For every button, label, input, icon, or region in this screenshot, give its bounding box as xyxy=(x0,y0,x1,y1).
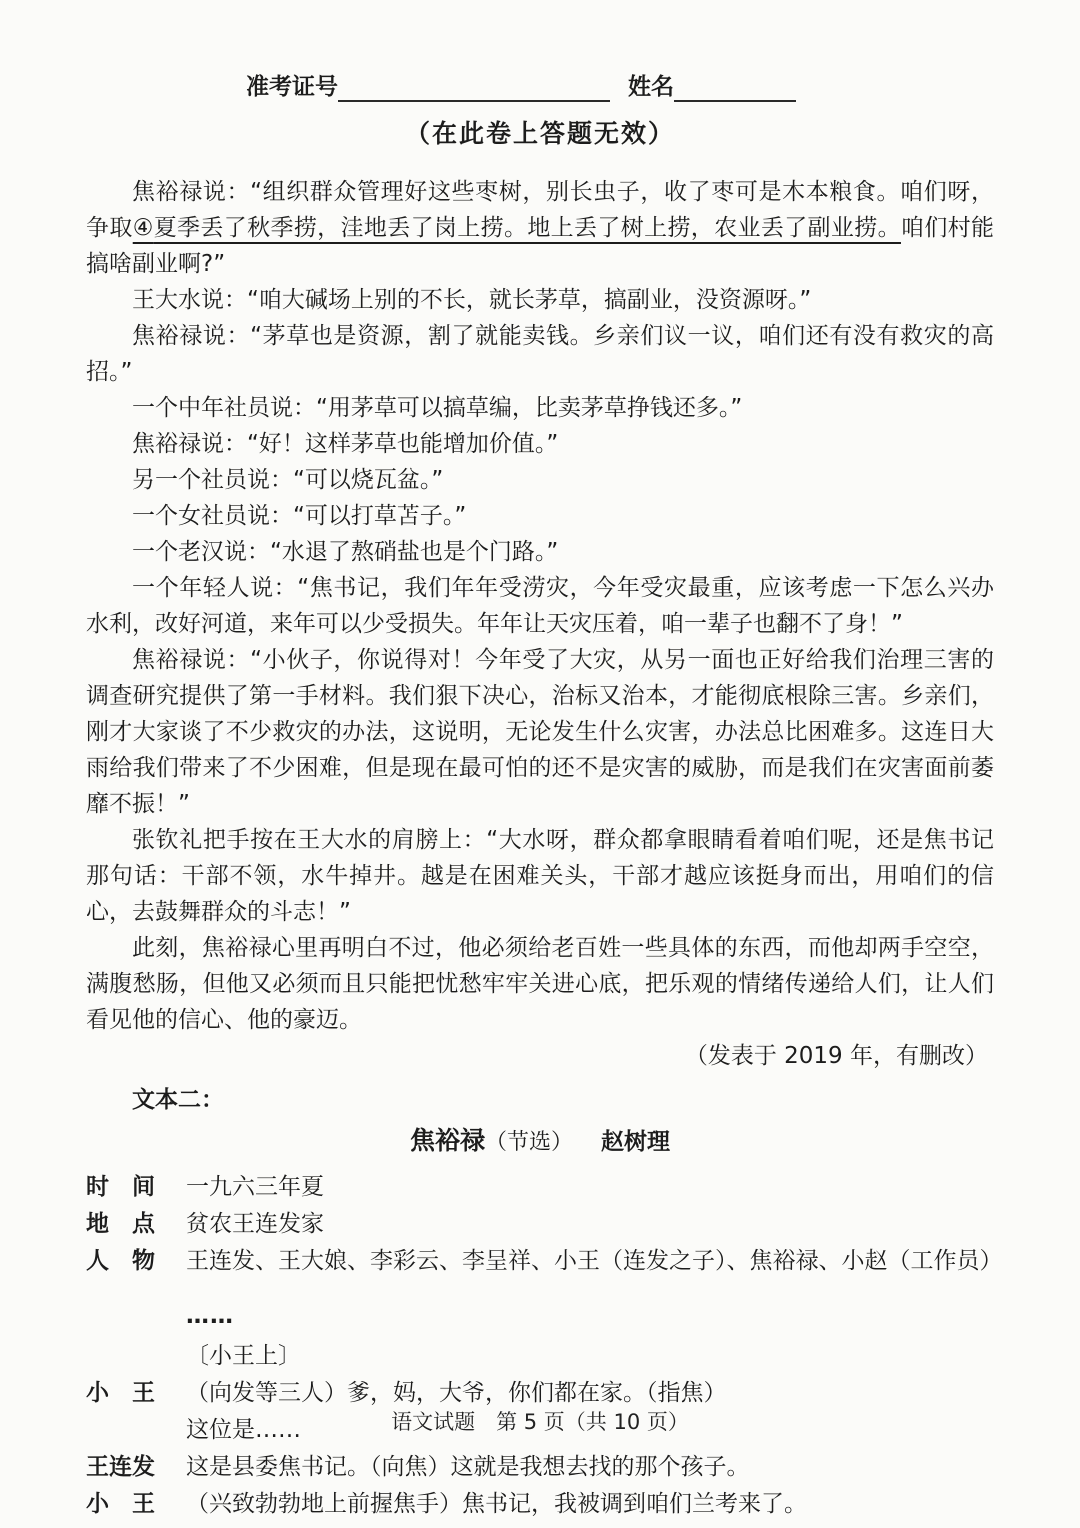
passage-paragraph: 此刻，焦裕禄心里再明白不过，他必须给老百姓一些具体的东西，而他却两手空空，满腹愁… xyxy=(86,930,994,1038)
work-title-annotation: （节选） xyxy=(485,1130,573,1155)
dialogue-text: （兴致勃勃地上前握焦手）焦书记，我被调到咱们兰考来了。 xyxy=(186,1486,994,1523)
admission-number-blank xyxy=(338,74,610,102)
meta-value-characters: 王连发、王大娘、李彩云、李呈祥、小王（连发之子）、焦裕禄、小赵（工作员） xyxy=(186,1243,1003,1280)
meta-value-time: 一九六三年夏 xyxy=(186,1169,994,1206)
meta-label-time: 时 间 xyxy=(86,1169,186,1206)
candidate-info-row: 准考证号 姓名 xyxy=(246,72,814,102)
stage-direction: 〔小王上〕 xyxy=(186,1338,994,1375)
speaker-name: 王连发 xyxy=(86,1449,186,1486)
invalid-answer-notice: （在此卷上答题无效） xyxy=(86,114,994,150)
meta-row-time: 时 间 一九六三年夏 xyxy=(86,1169,994,1206)
page-footer: 语文试题 第 5 页（共 10 页） xyxy=(0,1406,1080,1436)
script-dialogue-block: 小 王 （向发等三人）爹，妈，大爷，你们都在家。（指焦） 这位是…… 王连发 这… xyxy=(86,1375,994,1523)
passage-paragraph: 一个中年社员说：“用茅草可以搞草编，比卖茅草挣钱还多。” xyxy=(86,390,994,426)
meta-value-place: 贫农王连发家 xyxy=(186,1206,994,1243)
name-blank xyxy=(674,74,796,102)
section-label-text-two: 文本二： xyxy=(86,1082,994,1118)
work-title-row: 焦裕禄（节选）赵树理 xyxy=(86,1122,994,1163)
passage-paragraph: 一个年轻人说：“焦书记，我们年年受涝灾，今年受灾最重，应该考虑一下怎么兴办水利，… xyxy=(86,570,994,642)
exam-page: 准考证号 姓名 （在此卷上答题无效） 焦裕禄说：“组织群众管理好这些枣树，别长虫… xyxy=(0,0,1080,1528)
passage-paragraph: 一个老汉说：“水退了熬硝盐也是个门路。” xyxy=(86,534,994,570)
admission-number-label: 准考证号 xyxy=(246,72,338,102)
underlined-sentence-4: 夏季丢了秋季捞，洼地丢了岗上捞。地上丢了树上捞，农业丢了副业捞。 xyxy=(154,215,901,241)
script-line: 王连发 这是县委焦书记。（向焦）这就是我想去找的那个孩子。 xyxy=(86,1449,994,1486)
meta-row-place: 地 点 贫农王连发家 xyxy=(86,1206,994,1243)
work-author: 赵树理 xyxy=(601,1129,670,1155)
passage-paragraph: 张钦礼把手按在王大水的肩膀上：“大水呀，群众都拿眼睛看着咱们呢，还是焦书记那句话… xyxy=(86,822,994,930)
passage-paragraph: 焦裕禄说：“茅草也是资源，割了就能卖钱。乡亲们议一议，咱们还有没有救灾的高招。” xyxy=(86,318,994,390)
passage-paragraph: 一个女社员说：“可以打草苫子。” xyxy=(86,498,994,534)
passage-text-two: 文本二： 焦裕禄（节选）赵树理 时 间 一九六三年夏 地 点 贫农王连发家 人 … xyxy=(86,1082,994,1523)
meta-label-place: 地 点 xyxy=(86,1206,186,1243)
passage-paragraph: 王大水说：“咱大碱场上别的不长，就长茅草，搞副业，没资源呀。” xyxy=(86,282,994,318)
passage-text-one: 焦裕禄说：“组织群众管理好这些枣树，别长虫子，收了枣可是木本粮食。咱们呀，争取④… xyxy=(86,174,994,1074)
meta-label-characters: 人 物 xyxy=(86,1243,186,1280)
name-label: 姓名 xyxy=(628,72,674,102)
meta-row-characters: 人 物 王连发、王大娘、李彩云、李呈祥、小王（连发之子）、焦裕禄、小赵（工作员） xyxy=(86,1243,994,1280)
passage-paragraph: 焦裕禄说：“小伙子，你说得对！今年受了大灾，从另一面也正好给我们治理三害的调查研… xyxy=(86,642,994,822)
ellipsis-line: …… xyxy=(186,1298,994,1335)
play-meta-block: 时 间 一九六三年夏 地 点 贫农王连发家 人 物 王连发、王大娘、李彩云、李呈… xyxy=(86,1169,994,1280)
work-title: 焦裕禄 xyxy=(410,1126,485,1155)
passage-paragraph-opening: 焦裕禄说：“组织群众管理好这些枣树，别长虫子，收了枣可是木本粮食。咱们呀，争取④… xyxy=(86,174,994,282)
script-line: 小 王 （兴致勃勃地上前握焦手）焦书记，我被调到咱们兰考来了。 xyxy=(86,1486,994,1523)
passage-paragraph: 焦裕禄说：“好！这样茅草也能增加价值。” xyxy=(86,426,994,462)
publication-note: （发表于 2019 年，有删改） xyxy=(86,1038,994,1074)
speaker-name: 小 王 xyxy=(86,1486,186,1523)
passage-paragraph: 另一个社员说：“可以烧瓦盆。” xyxy=(86,462,994,498)
dialogue-text: 这是县委焦书记。（向焦）这就是我想去找的那个孩子。 xyxy=(186,1449,994,1486)
sentence-marker-4: ④ xyxy=(133,215,154,241)
